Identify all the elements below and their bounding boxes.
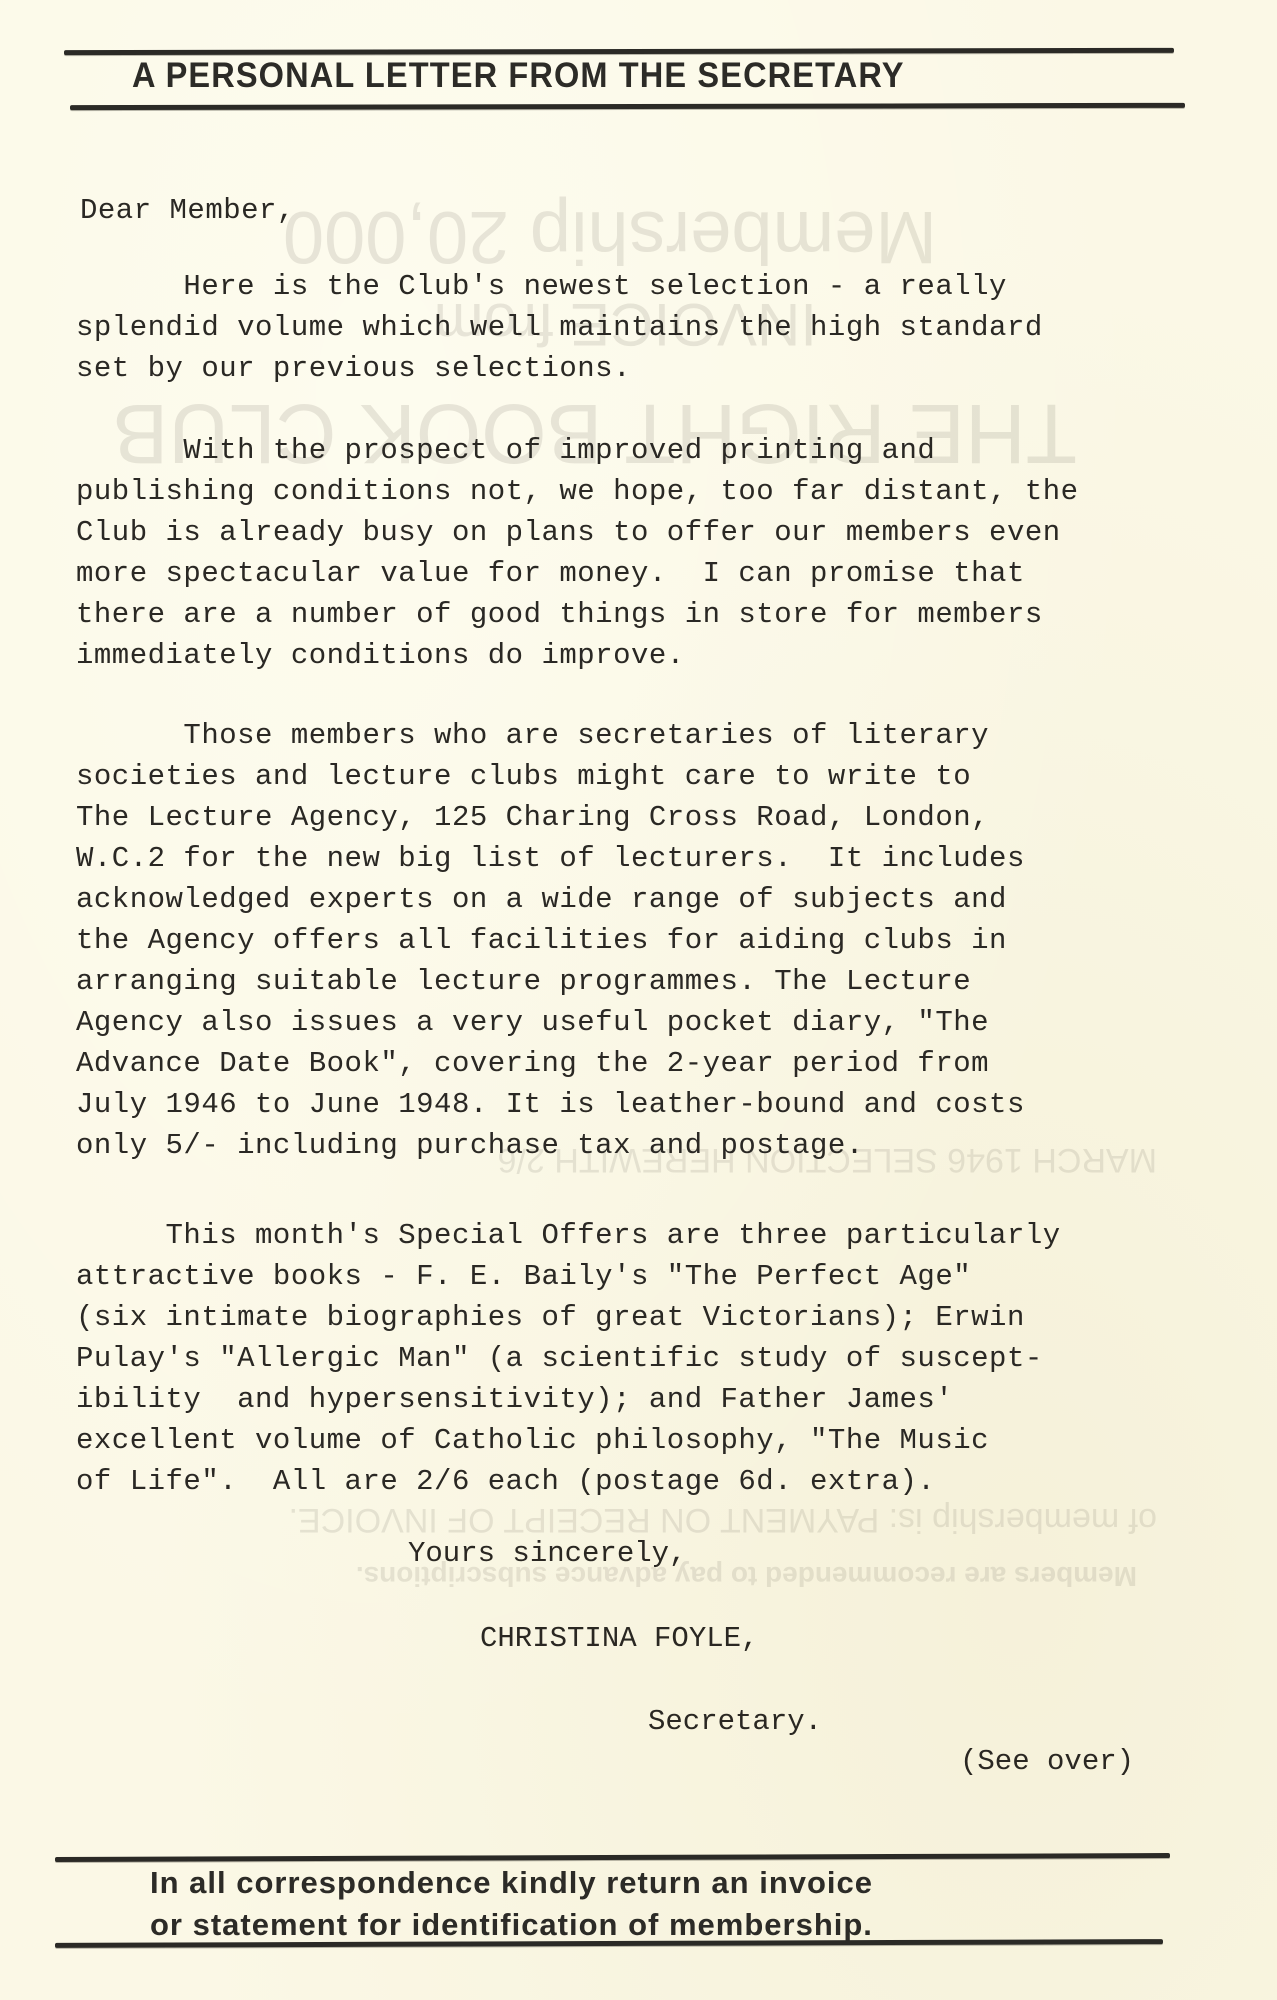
paragraph-line: of Life". All are 2/6 each (postage 6d. … xyxy=(76,1461,1061,1502)
paragraph-line: set by our previous selections. xyxy=(76,348,1043,389)
paragraph-special-offers: This month's Special Offers are three pa… xyxy=(76,1215,1061,1502)
paragraph-line: acknowledged experts on a wide range of … xyxy=(76,879,1025,920)
show-through-payment: of membership is: PAYMENT ON RECEIPT OF … xyxy=(289,1500,1157,1539)
paragraph-line: more spectacular value for money. I can … xyxy=(76,553,1079,594)
letter-page: Membership 20,000 INVOICE from THE RIGHT… xyxy=(0,0,1277,2000)
paragraph-printing-conditions: With the prospect of improved printing a… xyxy=(76,430,1079,676)
paragraph-line: (six intimate biographies of great Victo… xyxy=(76,1297,1061,1338)
paragraph-line: splendid volume which well maintains the… xyxy=(76,307,1043,348)
paragraph-line: The Lecture Agency, 125 Charing Cross Ro… xyxy=(76,797,1025,838)
paragraph-line: ibility and hypersensitivity); and Fathe… xyxy=(76,1379,1061,1420)
paragraph-line: With the prospect of improved printing a… xyxy=(76,430,1079,471)
paragraph-line: immediately conditions do improve. xyxy=(76,635,1079,676)
paragraph-line: publishing conditions not, we hope, too … xyxy=(76,471,1079,512)
paragraph-lecture-agency: Those members who are secretaries of lit… xyxy=(76,715,1025,1166)
paragraph-line: excellent volume of Catholic philosophy,… xyxy=(76,1420,1061,1461)
paragraph-line: only 5/- including purchase tax and post… xyxy=(76,1125,1025,1166)
salutation: Dear Member, xyxy=(80,190,295,231)
paragraph-line: Those members who are secretaries of lit… xyxy=(76,715,1025,756)
paragraph-line: there are a number of good things in sto… xyxy=(76,594,1079,635)
page-title: A PERSONAL LETTER FROM THE SECRETARY xyxy=(132,56,1062,96)
paragraph-line: This month's Special Offers are three pa… xyxy=(76,1215,1061,1256)
signatory-position: Secretary. xyxy=(648,1705,822,1738)
paragraph-line: attractive books - F. E. Baily's "The Pe… xyxy=(76,1256,1061,1297)
paragraph-line: Here is the Club's newest selection - a … xyxy=(76,266,1043,307)
paragraph-line: Club is already busy on plans to offer o… xyxy=(76,512,1079,553)
paragraph-line: Advance Date Book", covering the 2-year … xyxy=(76,1043,1025,1084)
signatory-name: CHRISTINA FOYLE, xyxy=(480,1622,758,1655)
paragraph-line: July 1946 to June 1948. It is leather-bo… xyxy=(76,1084,1025,1125)
footer-notice: In all correspondence kindly return an i… xyxy=(150,1862,1150,1946)
header-rule-top xyxy=(64,48,1174,55)
footer-rule-top xyxy=(55,1853,1170,1862)
paragraph-line: societies and lecture clubs might care t… xyxy=(76,756,1025,797)
header-rule-bottom xyxy=(70,103,1185,110)
paragraph-new-selection: Here is the Club's newest selection - a … xyxy=(76,266,1043,389)
paragraph-line: W.C.2 for the new big list of lecturers.… xyxy=(76,838,1025,879)
footer-line: In all correspondence kindly return an i… xyxy=(150,1862,1150,1904)
paragraph-line: arranging suitable lecture programmes. T… xyxy=(76,961,1025,1002)
paragraph-line: Agency also issues a very useful pocket … xyxy=(76,1002,1025,1043)
sign-off: Yours sincerely, xyxy=(408,1537,686,1570)
paragraph-line: the Agency offers all facilities for aid… xyxy=(76,920,1025,961)
paragraph-line: Pulay's "Allergic Man" (a scientific stu… xyxy=(76,1338,1061,1379)
see-over-note: (See over) xyxy=(960,1745,1134,1778)
